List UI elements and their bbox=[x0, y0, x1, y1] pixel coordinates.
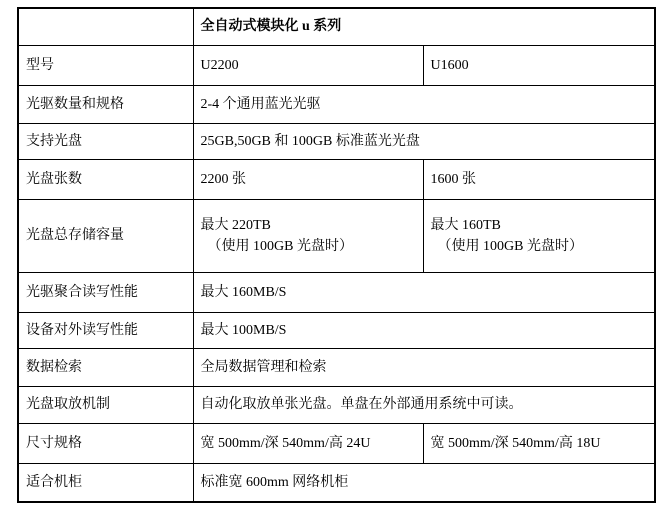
row-label: 支持光盘 bbox=[18, 123, 193, 159]
table-row: 数据检索 全局数据管理和检索 bbox=[18, 348, 655, 386]
spec-table: 全自动式模块化 u 系列 型号 U2200 U1600 光驱数量和规格 2-4 … bbox=[17, 7, 656, 503]
row-label bbox=[18, 8, 193, 45]
cell-value: 最大 160MB/S bbox=[193, 272, 655, 312]
row-label: 光盘张数 bbox=[18, 159, 193, 199]
row-label: 数据检索 bbox=[18, 348, 193, 386]
row-label: 光盘总存储容量 bbox=[18, 199, 193, 272]
cell-line-2: （使用 100GB 光盘时） bbox=[431, 236, 651, 257]
row-label: 光驱聚合读写性能 bbox=[18, 272, 193, 312]
cell-value: 最大 100MB/S bbox=[193, 312, 655, 348]
cell-value: U2200 bbox=[193, 45, 423, 85]
cell-value: 自动化取放单张光盘。单盘在外部通用系统中可读。 bbox=[193, 386, 655, 423]
table-row: 设备对外读写性能 最大 100MB/S bbox=[18, 312, 655, 348]
cell-line-1: 最大 220TB bbox=[201, 215, 419, 236]
row-label: 光盘取放机制 bbox=[18, 386, 193, 423]
cell-value: 最大 220TB （使用 100GB 光盘时） bbox=[193, 199, 423, 272]
table-row: 光驱聚合读写性能 最大 160MB/S bbox=[18, 272, 655, 312]
cell-value: U1600 bbox=[423, 45, 655, 85]
document-page: 全自动式模块化 u 系列 型号 U2200 U1600 光驱数量和规格 2-4 … bbox=[0, 0, 665, 517]
cell-value: 2-4 个通用蓝光光驱 bbox=[193, 85, 655, 123]
cell-value: 宽 500mm/深 540mm/高 18U bbox=[423, 423, 655, 463]
table-row: 尺寸规格 宽 500mm/深 540mm/高 24U 宽 500mm/深 540… bbox=[18, 423, 655, 463]
table-row: 型号 U2200 U1600 bbox=[18, 45, 655, 85]
cell-line-1: 最大 160TB bbox=[431, 215, 651, 236]
table-row: 支持光盘 25GB,50GB 和 100GB 标准蓝光光盘 bbox=[18, 123, 655, 159]
table-row: 光盘总存储容量 最大 220TB （使用 100GB 光盘时） 最大 160TB… bbox=[18, 199, 655, 272]
row-label: 尺寸规格 bbox=[18, 423, 193, 463]
cell-value: 宽 500mm/深 540mm/高 24U bbox=[193, 423, 423, 463]
row-label: 设备对外读写性能 bbox=[18, 312, 193, 348]
table-row: 光盘张数 2200 张 1600 张 bbox=[18, 159, 655, 199]
table-row: 适合机柜 标准宽 600mm 网络机柜 bbox=[18, 463, 655, 502]
table-row: 光驱数量和规格 2-4 个通用蓝光光驱 bbox=[18, 85, 655, 123]
cell-value: 25GB,50GB 和 100GB 标准蓝光光盘 bbox=[193, 123, 655, 159]
cell-value: 标准宽 600mm 网络机柜 bbox=[193, 463, 655, 502]
table-row: 光盘取放机制 自动化取放单张光盘。单盘在外部通用系统中可读。 bbox=[18, 386, 655, 423]
cell-value: 全局数据管理和检索 bbox=[193, 348, 655, 386]
row-label: 适合机柜 bbox=[18, 463, 193, 502]
cell-line-2: （使用 100GB 光盘时） bbox=[201, 236, 419, 257]
table-header-row: 全自动式模块化 u 系列 bbox=[18, 8, 655, 45]
cell-value: 最大 160TB （使用 100GB 光盘时） bbox=[423, 199, 655, 272]
row-label: 型号 bbox=[18, 45, 193, 85]
table-title: 全自动式模块化 u 系列 bbox=[193, 8, 655, 45]
cell-value: 1600 张 bbox=[423, 159, 655, 199]
cell-value: 2200 张 bbox=[193, 159, 423, 199]
row-label: 光驱数量和规格 bbox=[18, 85, 193, 123]
